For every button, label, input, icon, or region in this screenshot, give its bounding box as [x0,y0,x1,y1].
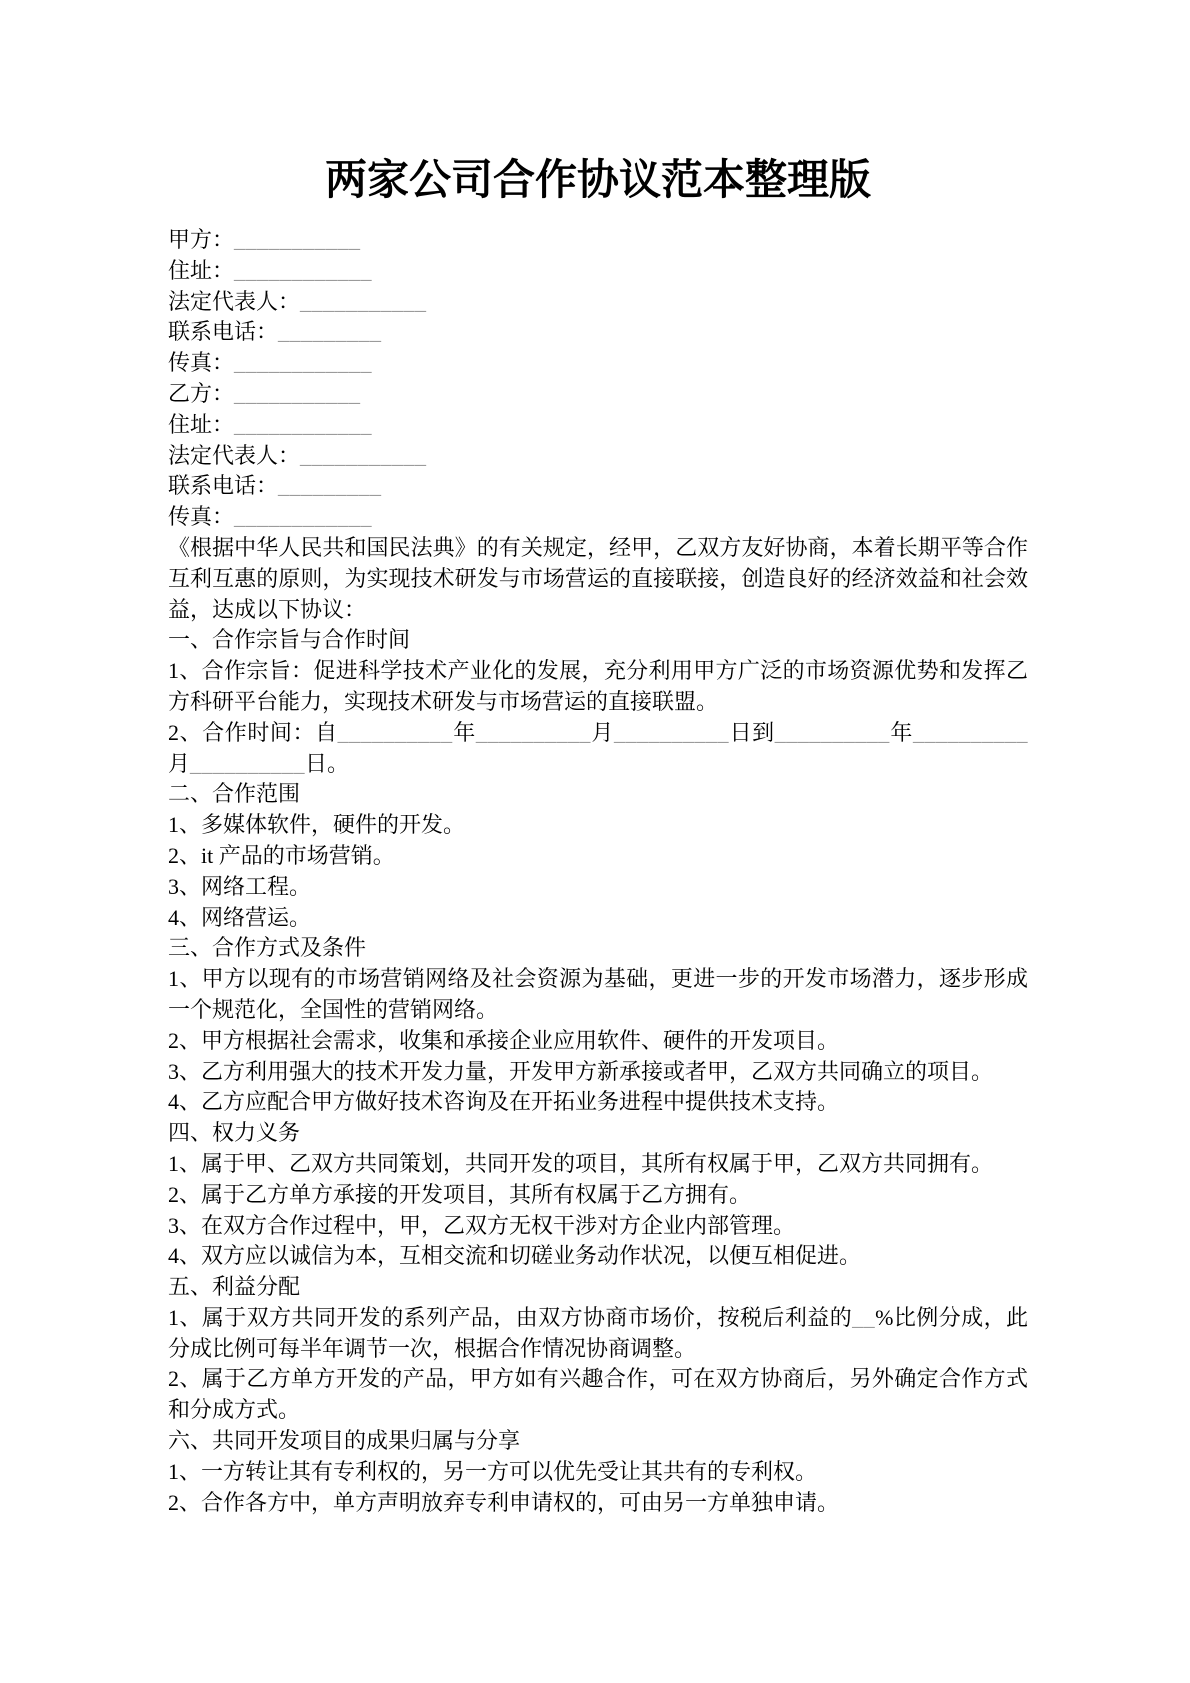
section6-item2: 2、合作各方中，单方声明放弃专利申请权的，可由另一方单独申请。 [168,1488,1028,1519]
coop-time-blank-day-from: __________ [614,720,729,745]
field-blank-address-a: ____________ [234,258,372,283]
section3-item3: 3、乙方利用强大的技术开发力量，开发甲方新承接或者甲，乙双方共同确立的项目。 [168,1057,1028,1088]
section6-item1: 1、一方转让其有专利权的，另一方可以优先受让其共有的专利权。 [168,1457,1028,1488]
coop-time-text-8: 年 [890,720,913,745]
section5-item1-profit-split: 1、属于双方共同开发的系列产品，由双方协商市场价，按税后利益的__%比例分成，此… [168,1303,1028,1365]
coop-time-blank-day-to: __________ [190,751,305,776]
coop-time-text-6: 日到 [729,720,775,745]
profit-split-blank-percent: __ [852,1305,875,1330]
section6-heading: 六、共同开发项目的成果归属与分享 [168,1426,1028,1457]
field-line-party-b: 乙方：___________ [168,379,1028,410]
field-line-legal-rep-a: 法定代表人：___________ [168,287,1028,318]
section2-heading: 二、合作范围 [168,779,1028,810]
field-blank-legal-rep-b: ___________ [300,443,427,468]
section4-item1: 1、属于甲、乙双方共同策划，共同开发的项目，其所有权属于甲，乙双方共同拥有。 [168,1149,1028,1180]
coop-time-blank-year-from: __________ [338,720,453,745]
field-label-fax-a: 传真： [168,350,234,375]
field-label-phone-a: 联系电话： [168,319,278,344]
profit-split-text-0: 1、属于双方共同开发的系列产品，由双方协商市场价，按税后利益的 [168,1305,852,1330]
document-page: 两家公司合作协议范本整理版 甲方：___________ 住址：________… [0,0,1190,1683]
field-line-party-a: 甲方：___________ [168,225,1028,256]
field-label-address-b: 住址： [168,412,234,437]
field-line-fax-b: 传真：____________ [168,502,1028,533]
section1-item1: 1、合作宗旨：促进科学技术产业化的发展，充分利用甲方广泛的市场资源优势和发挥乙方… [168,656,1028,718]
section1-item2-cooperation-time: 2、合作时间：自__________年__________月__________… [168,718,1028,780]
field-blank-party-a: ___________ [234,227,361,252]
field-label-legal-rep-a: 法定代表人： [168,289,300,314]
section4-heading: 四、权力义务 [168,1118,1028,1149]
coop-time-text-4: 月 [591,720,614,745]
field-label-address-a: 住址： [168,258,234,283]
section2-item1: 1、多媒体软件，硬件的开发。 [168,810,1028,841]
section3-item2: 2、甲方根据社会需求，收集和承接企业应用软件、硬件的开发项目。 [168,1026,1028,1057]
field-blank-phone-a: _________ [278,319,382,344]
section4-item3: 3、在双方合作过程中，甲，乙双方无权干涉对方企业内部管理。 [168,1211,1028,1242]
coop-time-text-2: 年 [453,720,476,745]
field-line-legal-rep-b: 法定代表人：___________ [168,441,1028,472]
section2-item3: 3、网络工程。 [168,872,1028,903]
coop-time-blank-month-from: __________ [476,720,591,745]
section5-heading: 五、利益分配 [168,1272,1028,1303]
document-body: 甲方：___________ 住址：____________ 法定代表人：___… [168,225,1028,1518]
coop-time-text-12: 日。 [305,751,349,776]
field-label-phone-b: 联系电话： [168,473,278,498]
field-blank-party-b: ___________ [234,381,361,406]
field-label-party-b: 乙方： [168,381,234,406]
field-line-address-b: 住址：____________ [168,410,1028,441]
field-blank-address-b: ____________ [234,412,372,437]
section2-item2: 2、it 产品的市场营销。 [168,841,1028,872]
coop-time-blank-month-to: __________ [913,720,1028,745]
section1-heading: 一、合作宗旨与合作时间 [168,625,1028,656]
field-line-fax-a: 传真：____________ [168,348,1028,379]
section5-item2: 2、属于乙方单方开发的产品，甲方如有兴趣合作，可在双方协商后，另外确定合作方式和… [168,1364,1028,1426]
section4-item2: 2、属于乙方单方承接的开发项目，其所有权属于乙方拥有。 [168,1180,1028,1211]
section4-item4: 4、双方应以诚信为本，互相交流和切磋业务动作状况，以便互相促进。 [168,1241,1028,1272]
field-blank-phone-b: _________ [278,473,382,498]
field-label-fax-b: 传真： [168,504,234,529]
document-title: 两家公司合作协议范本整理版 [168,155,1028,207]
section3-item4: 4、乙方应配合甲方做好技术咨询及在开拓业务进程中提供技术支持。 [168,1087,1028,1118]
field-blank-fax-b: ____________ [234,504,372,529]
coop-time-blank-year-to: __________ [775,720,890,745]
field-blank-legal-rep-a: ___________ [300,289,427,314]
field-label-legal-rep-b: 法定代表人： [168,443,300,468]
field-line-phone-b: 联系电话：_________ [168,471,1028,502]
intro-paragraph: 《根据中华人民共和国民法典》的有关规定，经甲，乙双方友好协商，本着长期平等合作互… [168,533,1028,625]
field-line-phone-a: 联系电话：_________ [168,317,1028,348]
coop-time-text-0: 2、合作时间：自 [168,720,338,745]
section3-item1: 1、甲方以现有的市场营销网络及社会资源为基础，更进一步的开发市场潜力，逐步形成一… [168,964,1028,1026]
field-blank-fax-a: ____________ [234,350,372,375]
section2-item4: 4、网络营运。 [168,903,1028,934]
coop-time-text-10: 月 [168,751,190,776]
section3-heading: 三、合作方式及条件 [168,933,1028,964]
field-label-party-a: 甲方： [168,227,234,252]
field-line-address-a: 住址：____________ [168,256,1028,287]
